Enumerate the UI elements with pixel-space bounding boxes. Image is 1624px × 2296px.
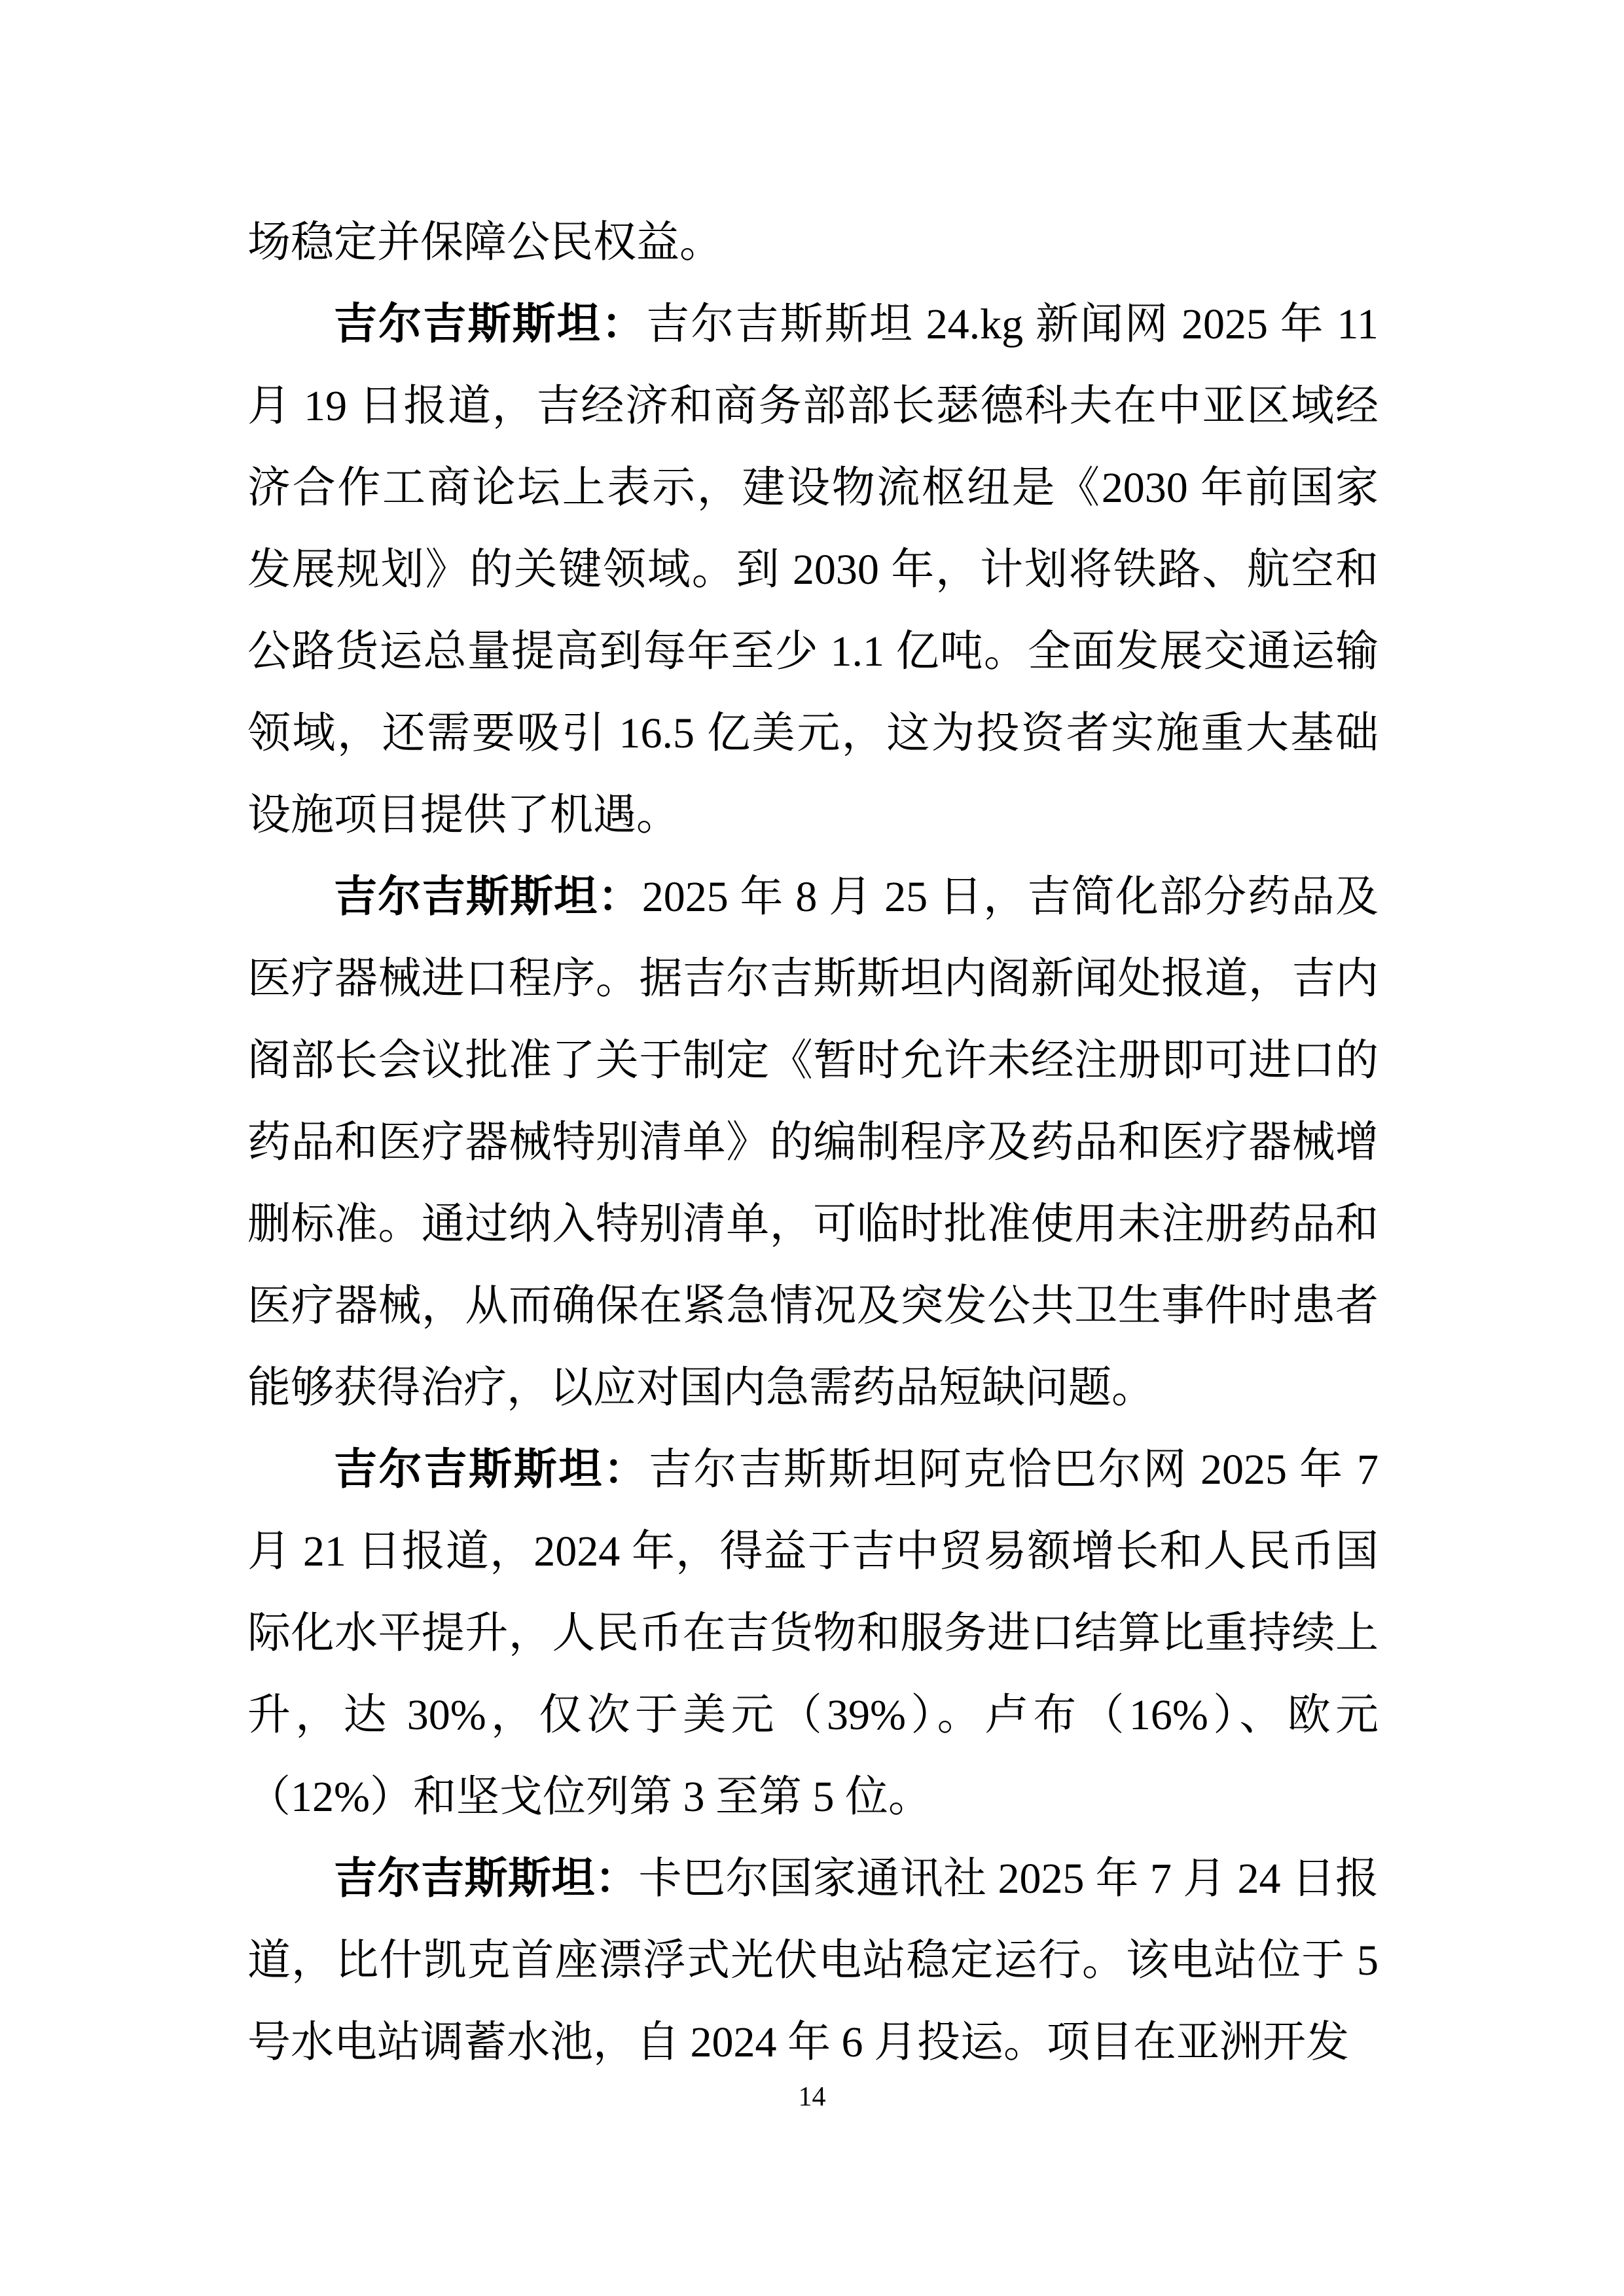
country-label: 吉尔吉斯斯坦： (334, 1855, 639, 1903)
paragraph-text: 吉尔吉斯斯坦阿克恰巴尔网 2025 年 7 月 21 日报道，2024 年，得益… (247, 1446, 1379, 1821)
paragraph-text: 2025 年 8 月 25 日，吉简化部分药品及医疗器械进口程序。据吉尔吉斯斯坦… (247, 873, 1379, 1412)
country-label: 吉尔吉斯斯坦： (334, 873, 642, 921)
paragraph: 场稳定并保障公民权益。 (247, 202, 1379, 283)
paragraph-text: 吉尔吉斯斯坦 24.kg 新闻网 2025 年 11 月 19 日报道，吉经济和… (247, 300, 1379, 839)
paragraph: 吉尔吉斯斯坦：卡巴尔国家通讯社 2025 年 7 月 24 日报道，比什凯克首座… (247, 1838, 1379, 2083)
page-number: 14 (0, 2080, 1624, 2114)
country-label: 吉尔吉斯斯坦： (334, 1446, 649, 1494)
document-page: 场稳定并保障公民权益。 吉尔吉斯斯坦：吉尔吉斯斯坦 24.kg 新闻网 2025… (0, 0, 1624, 2296)
country-label: 吉尔吉斯斯坦： (334, 300, 646, 348)
paragraph: 吉尔吉斯斯坦：吉尔吉斯斯坦 24.kg 新闻网 2025 年 11 月 19 日… (247, 283, 1379, 856)
document-body: 场稳定并保障公民权益。 吉尔吉斯斯坦：吉尔吉斯斯坦 24.kg 新闻网 2025… (247, 202, 1379, 2083)
paragraph-text: 场稳定并保障公民权益。 (247, 219, 723, 266)
paragraph: 吉尔吉斯斯坦：2025 年 8 月 25 日，吉简化部分药品及医疗器械进口程序。… (247, 856, 1379, 1429)
paragraph: 吉尔吉斯斯坦：吉尔吉斯斯坦阿克恰巴尔网 2025 年 7 月 21 日报道，20… (247, 1429, 1379, 1838)
